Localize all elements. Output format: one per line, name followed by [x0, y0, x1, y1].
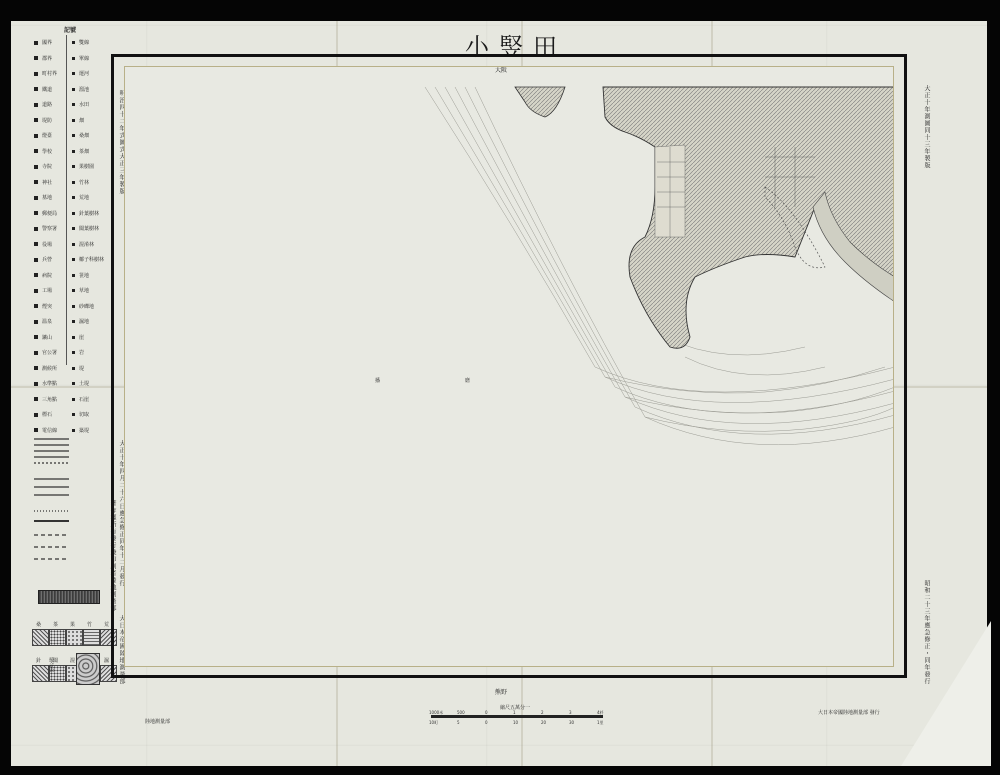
legend-label: 闊葉樹林 — [79, 226, 99, 232]
legend-panel: 記號 國界郡界町村界鐵道道路堤防燈臺學校寺院神社墓地郵便局警察署役場兵營病院工場… — [28, 25, 113, 715]
legend-label: 堤 — [79, 366, 84, 372]
legend-label: 石崖 — [79, 397, 89, 403]
legend-symbol-icon — [72, 367, 75, 370]
legend-item: 堤防 — [34, 117, 52, 124]
coastline-land — [515, 87, 894, 348]
legend-symbol-icon — [72, 57, 75, 60]
legend-symbol-icon — [34, 335, 38, 339]
legend-symbol-icon — [72, 336, 75, 339]
legend-label: 竹林 — [79, 180, 89, 186]
legend-item: 針葉樹林 — [72, 210, 99, 217]
pattern-label: 濕 — [104, 657, 109, 664]
scale-tick-label: 1里 — [597, 720, 604, 726]
legend-label: 町村界 — [42, 71, 57, 77]
legend-symbol-icon — [34, 320, 38, 324]
pattern-label: 果 — [70, 621, 75, 628]
legend-label: 神社 — [42, 180, 52, 186]
sea-label-1: 播 — [375, 377, 380, 384]
legend-item: 果樹園 — [72, 163, 94, 170]
pattern-swatch — [32, 629, 49, 646]
legend-item: 雙線 — [72, 39, 89, 46]
legend-item: 砂礫地 — [72, 303, 94, 310]
legend-symbol-icon — [34, 413, 38, 417]
legend-item: 鑛山 — [34, 334, 52, 341]
legend-item: 土堤 — [72, 380, 89, 387]
scale-tick-label: 500 — [457, 710, 465, 715]
legend-label: 水田 — [79, 102, 89, 108]
legend-item: 鐵道 — [34, 86, 52, 93]
legend-symbol-icon — [72, 274, 75, 277]
legend-label: 鑛山 — [42, 335, 52, 341]
legend-symbol-icon — [72, 429, 75, 432]
legend-item: 闊葉樹林 — [72, 225, 99, 232]
right-margin-note-bottom: 昭和二十三年應急修正・同年發行 — [922, 580, 931, 685]
sea-label-2: 磨 — [465, 377, 470, 384]
legend-item: 竹林 — [72, 179, 89, 186]
legend-symbol-icon — [72, 227, 75, 230]
legend-label: 荒地 — [79, 195, 89, 201]
legend-label: 雙線 — [79, 40, 89, 46]
legend-symbol-icon — [72, 305, 75, 308]
legend-item: 病院 — [34, 272, 52, 279]
scale-tick-label: 30 — [569, 720, 574, 725]
scale-tick-label: 2 — [541, 710, 544, 715]
legend-symbol-icon — [72, 119, 75, 122]
legend-symbol-icon — [34, 366, 38, 370]
legend-label: 土堤 — [79, 381, 89, 387]
legend-label: 水準點 — [42, 381, 57, 387]
legend-item: 官公署 — [34, 349, 57, 356]
legend-symbol-icon — [34, 304, 38, 308]
legend-item: 兵營 — [34, 256, 52, 263]
legend-item: 寺院 — [34, 163, 52, 170]
scale-line — [431, 715, 603, 718]
pattern-label: 茶 — [53, 621, 58, 628]
legend-symbol-icon — [72, 413, 75, 416]
map-drawing — [125, 67, 894, 667]
legend-label: 針葉樹林 — [79, 211, 99, 217]
legend-item: 椰子科樹林 — [72, 256, 104, 263]
legend-label: 官公署 — [42, 350, 57, 356]
legend-symbol-icon — [34, 103, 38, 107]
legend-symbol-icon — [34, 227, 38, 231]
legend-symbol-icon — [34, 382, 38, 386]
legend-item: 笹地 — [72, 272, 89, 279]
legend-symbol-icon — [72, 212, 75, 215]
legend-header: 記號 — [64, 25, 76, 34]
legend-label: 病院 — [42, 273, 52, 279]
legend-item: 濕地 — [72, 318, 89, 325]
legend-label: 國界 — [42, 40, 52, 46]
pattern-label: 竹 — [87, 621, 92, 628]
legend-label: 寺院 — [42, 164, 52, 170]
river-symbol — [38, 590, 100, 604]
legend-symbol-icon — [72, 289, 75, 292]
legend-symbol-icon — [34, 165, 38, 169]
legend-symbol-icon — [34, 289, 38, 293]
inset-label: 接合表 — [48, 657, 55, 672]
legend-symbol-icon — [72, 88, 75, 91]
legend-item: 單線 — [72, 55, 89, 62]
legend-symbol-icon — [72, 181, 75, 184]
legend-item: 水準點 — [34, 380, 57, 387]
legend-label: 砂礫地 — [79, 304, 94, 310]
legend-symbol-icon — [34, 273, 38, 277]
legend-label: 畑 — [79, 118, 84, 124]
legend-item: 町村界 — [34, 70, 57, 77]
legend-symbol-icon — [34, 196, 38, 200]
legend-symbol-icon — [34, 56, 38, 60]
legend-item: 役場 — [34, 241, 52, 248]
pattern-label: 荒 — [104, 621, 109, 628]
legend-label: 溜池 — [79, 87, 89, 93]
legend-item: 墓地 — [34, 194, 52, 201]
legend-item: 郵便局 — [34, 210, 57, 217]
legend-symbol-icon — [34, 87, 38, 91]
pattern-label: 桑 — [36, 621, 41, 628]
legend-symbol-icon — [72, 351, 75, 354]
legend-symbol-icon — [34, 242, 38, 246]
legend-label: 運河 — [79, 71, 89, 77]
imprint-left: 陸地測量部 — [145, 718, 170, 725]
pattern-label: 混 — [70, 657, 75, 664]
legend-item: 國界 — [34, 39, 52, 46]
legend-label: 築堤 — [79, 428, 89, 434]
legend-label: 燈臺 — [42, 133, 52, 139]
legend-symbol-icon — [34, 180, 38, 184]
legend-label: 役場 — [42, 242, 52, 248]
legend-label: 温泉 — [42, 319, 52, 325]
legend-symbol-icon — [72, 196, 75, 199]
legend-item: 崖 — [72, 334, 84, 341]
pattern-swatch — [66, 629, 83, 646]
legend-symbol-icon — [34, 428, 38, 432]
legend-symbol-icon — [72, 41, 75, 44]
scale-tick-label: 5 — [457, 720, 460, 725]
scale-tick-label: 0 — [485, 720, 488, 725]
legend-label: 警察署 — [42, 226, 57, 232]
legend-item: 桑畑 — [72, 132, 89, 139]
scale-tick-label: 20 — [541, 720, 546, 725]
legend-label: 測候所 — [42, 366, 57, 372]
legend-label: 茶畑 — [79, 149, 89, 155]
legend-label: 煙突 — [42, 304, 52, 310]
legend-item: 堤 — [72, 365, 84, 372]
legend-item: 運河 — [72, 70, 89, 77]
legend-symbol-icon — [72, 382, 75, 385]
legend-symbol-icon — [72, 134, 75, 137]
legend-item: 水田 — [72, 101, 89, 108]
legend-item: 岩 — [72, 349, 84, 356]
legend-symbol-icon — [34, 149, 38, 153]
legend-symbol-icon — [34, 258, 38, 262]
scale-tick-label: 1 — [513, 710, 516, 715]
legend-label: 桑畑 — [79, 133, 89, 139]
legend-item: 工場 — [34, 287, 52, 294]
legend-label: 墓地 — [42, 195, 52, 201]
legend-symbol-icon — [72, 398, 75, 401]
legend-item: 神社 — [34, 179, 52, 186]
legend-item: 溜池 — [72, 86, 89, 93]
legend-symbol-icon — [72, 258, 75, 261]
index-inset — [76, 653, 100, 685]
legend-label: 兵營 — [42, 257, 52, 263]
legend-item: 温泉 — [34, 318, 52, 325]
legend-label: 工場 — [42, 288, 52, 294]
scale-tick-label: 4粁 — [597, 710, 604, 716]
scale-tick-label: 0 — [485, 710, 488, 715]
legend-label: 學校 — [42, 149, 52, 155]
legend-divider — [66, 35, 67, 365]
legend-item: 測候所 — [34, 365, 57, 372]
legend-symbol-icon — [34, 72, 38, 76]
legend-label: 堤防 — [42, 118, 52, 124]
legend-symbol-icon — [72, 165, 75, 168]
legend-symbol-icon — [34, 118, 38, 122]
legend-symbol-icon — [72, 150, 75, 153]
legend-label: 郵便局 — [42, 211, 57, 217]
legend-label: 混淆林 — [79, 242, 94, 248]
torn-corner — [901, 541, 991, 766]
legend-label: 椰子科樹林 — [79, 257, 104, 263]
legend-symbol-icon — [34, 134, 38, 138]
legend-symbol-icon — [34, 41, 38, 45]
legend-item: 草地 — [72, 287, 89, 294]
legend-item: 道路 — [34, 101, 52, 108]
legend-label: 電信線 — [42, 428, 57, 434]
edge-label-top: 大阪 — [495, 66, 507, 74]
legend-symbol-icon — [34, 351, 38, 355]
legend-item: 築堤 — [72, 427, 89, 434]
legend-label: 草地 — [79, 288, 89, 294]
legend-item: 混淆林 — [72, 241, 94, 248]
edge-label-bottom: 熊野 — [495, 687, 507, 696]
legend-label: 切取 — [79, 412, 89, 418]
legend-label: 郡界 — [42, 56, 52, 62]
legend-item: 石崖 — [72, 396, 89, 403]
legend-item: 標石 — [34, 411, 52, 418]
pattern-swatch — [83, 629, 100, 646]
legend-label: 笹地 — [79, 273, 89, 279]
legend-item: 切取 — [72, 411, 89, 418]
legend-item: 煙突 — [34, 303, 52, 310]
pattern-swatch — [32, 665, 49, 682]
legend-label: 道路 — [42, 102, 52, 108]
legend-label: 三角點 — [42, 397, 57, 403]
line-symbols — [34, 435, 94, 605]
scale-bar: 縮尺五萬分一 1000米50001234粁 10町501020301里 — [425, 710, 615, 728]
legend-symbol-icon — [72, 320, 75, 323]
legend-label: 濕地 — [79, 319, 89, 325]
scale-tick-label: 1000米 — [429, 710, 443, 716]
right-margin-note-top: 大正十年測圖同十三年製版 — [922, 85, 931, 169]
legend-item: 茶畑 — [72, 148, 89, 155]
legend-item: 學校 — [34, 148, 52, 155]
legend-label: 岩 — [79, 350, 84, 356]
legend-label: 果樹園 — [79, 164, 94, 170]
legend-symbol-icon — [72, 243, 75, 246]
scale-tick-label: 3 — [569, 710, 572, 715]
legend-symbol-icon — [34, 211, 38, 215]
scale-tick-label: 10 — [513, 720, 518, 725]
pattern-swatch — [49, 629, 66, 646]
scale-tick-label: 10町 — [429, 720, 438, 726]
legend-item: 燈臺 — [34, 132, 52, 139]
legend-item: 三角點 — [34, 396, 57, 403]
legend-symbol-icon — [34, 397, 38, 401]
legend-item: 電信線 — [34, 427, 57, 434]
legend-symbol-icon — [72, 103, 75, 106]
legend-item: 畑 — [72, 117, 84, 124]
legend-item: 荒地 — [72, 194, 89, 201]
legend-label: 單線 — [79, 56, 89, 62]
map-area: 大阪 播 磨 — [124, 66, 894, 667]
legend-item: 警察署 — [34, 225, 57, 232]
legend-item: 郡界 — [34, 55, 52, 62]
imprint-right: 大日本帝國陸地測量部 發行 — [818, 709, 880, 716]
legend-label: 崖 — [79, 335, 84, 341]
legend-label: 標石 — [42, 412, 52, 418]
legend-symbol-icon — [72, 72, 75, 75]
pattern-label: 針 — [36, 657, 41, 664]
legend-label: 鐵道 — [42, 87, 52, 93]
